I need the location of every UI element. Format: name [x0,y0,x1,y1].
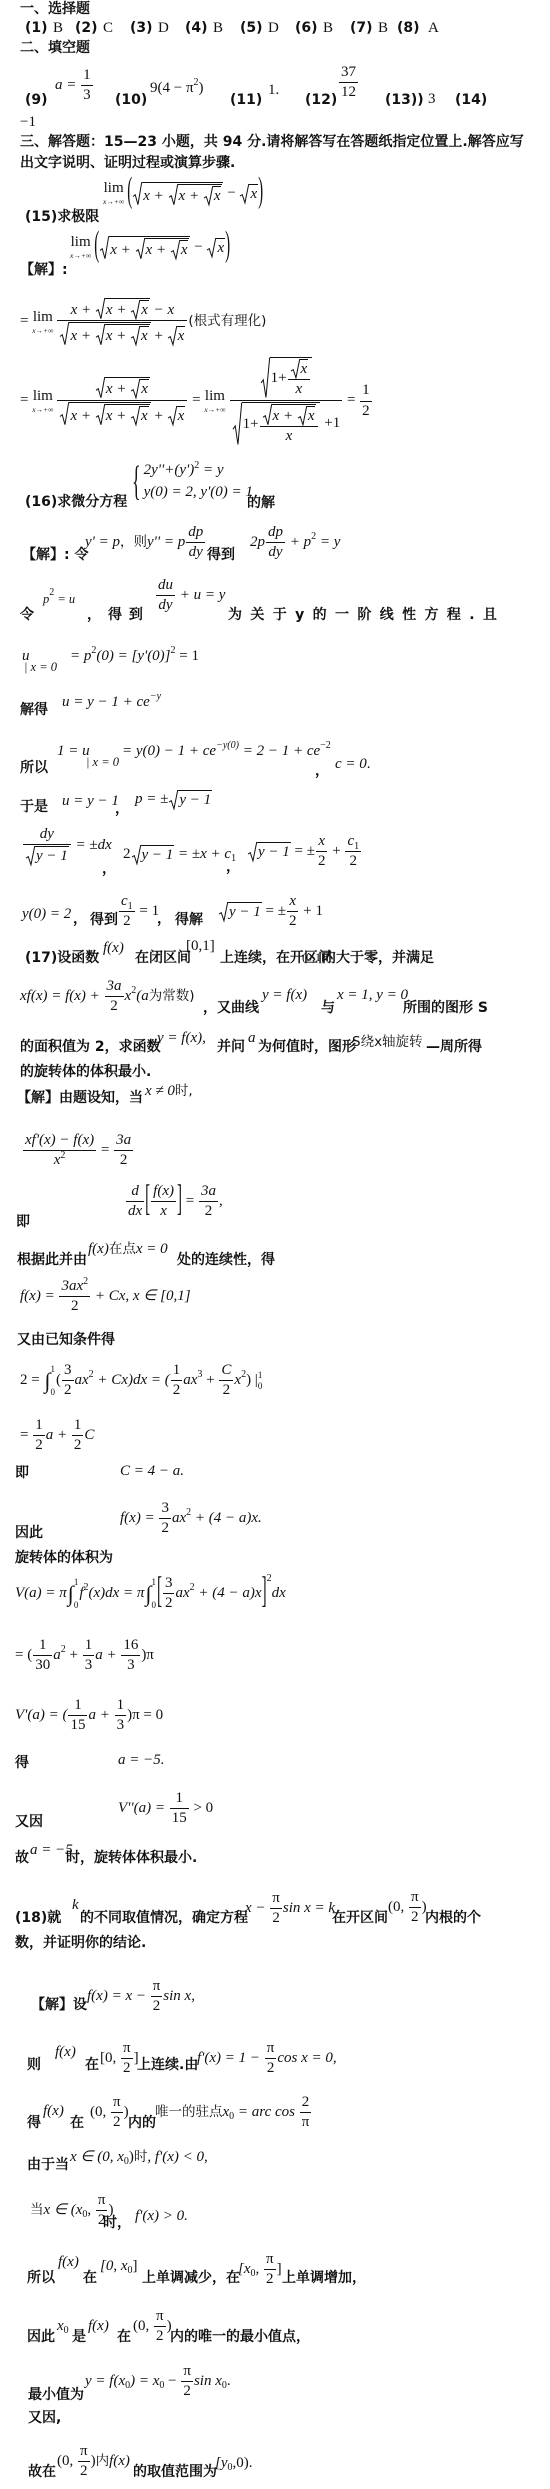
math-term: 2 [183,2383,191,2400]
numerator: x + x [260,404,319,427]
math-term: xf'(x) − f(x) [25,1132,94,1149]
integral: ∫10 [44,1365,55,1397]
math-display: ddx[f(x)x] = 3a2, [125,1183,223,1221]
math-term: 1+ [271,370,287,387]
text-segment: ， [115,800,129,818]
question-16-label: (16)求微分方程 [25,493,127,511]
text-segment: S绕x轴旋转 [352,1030,423,1050]
text-segment: 旋转体的体积为 [15,1549,113,1567]
sqrt: x [168,406,186,425]
text-segment: 唯一的驻点 [155,2105,223,2121]
math-term: π [153,1978,161,1995]
math-term: + 1 [299,903,322,920]
fraction: π2 [111,2094,123,2132]
text-segment: 的面积值为 2，求函数 [20,1038,161,1056]
math-term: f(x) = [120,1510,158,1527]
math-term: C = 4 − a. [120,1463,184,1480]
math-term: 3a [107,978,122,995]
radical-sign-icon [240,184,249,203]
text-segment: 时，旋转体体积最小. [66,1849,197,1867]
sqrt: x [291,359,309,378]
fraction: 13 [81,67,93,105]
math-term: 2 [350,853,358,870]
fraction: ddx [126,1183,144,1221]
math-inline: f'(x) > 0. [135,2208,188,2225]
radicand: x [140,300,149,319]
text-segment: ，又曲线 [203,999,259,1017]
math-term: 2 [223,1382,231,1399]
math-term: y = f(x) [262,987,307,1004]
numerator: x [288,359,311,380]
math-term: 37 [341,64,356,81]
radical-sign-icon [132,845,141,864]
radicand: y − 1 [35,846,69,865]
math-term: π [411,1889,419,1906]
answer-number: (4) [185,19,208,37]
math-term: = [20,313,32,330]
limit-subscript: x→+∞ [32,406,53,414]
math-term: x [318,833,325,850]
math-term: π [272,1890,280,1907]
limit-subscript: x→+∞ [70,252,91,260]
radicand: x [213,186,222,205]
math-inline: [x0, π2] [238,2251,282,2289]
system-lines: 2y''+(y')2 = y y(0) = 2, y'(0) = 1 [144,460,253,504]
math-term: 1 [85,1637,93,1654]
radicand: y − 1 [178,790,212,809]
radicand: 1+xx [270,357,313,399]
blank-answer-13: 3 [428,91,436,108]
text-segment: 由于当 [27,2156,69,2174]
math-term: 2 [266,2271,274,2288]
math-term: x [125,988,132,1005]
math-term: x + [146,242,170,259]
math-term: ax [75,1372,89,1389]
math-term: + [202,1372,218,1389]
math-term: − [164,2373,180,2390]
sqrt: y − 1 [132,845,175,864]
math-term: 1 [74,1697,82,1714]
math-term: y − 1 [229,904,261,921]
condition-subscript: | x = 0 [86,755,119,769]
q16-substitution: y' = p，则y'' = pdpdy [85,524,206,562]
radicand: y − 1 [257,842,291,861]
radical-sign-icon [168,326,177,345]
math-term: − x [150,302,174,319]
math-term: )π [141,1647,154,1664]
math-term: 2 [302,2094,310,2111]
numerator: dy [23,826,71,845]
q15-solution-limit: limx→+∞ ( x + x + x − x ) [70,235,230,260]
math-term: (0, [90,2104,110,2121]
math-term: 2 [165,1595,173,1612]
math-term: a = −5. [118,1752,165,1769]
math-term: [y [215,2455,228,2472]
text-segment: 上单调增加， [282,2269,366,2287]
math-term: y − 1 [258,844,290,861]
math-term: 3 [83,87,91,104]
math-term: x + [143,188,167,205]
fraction: 12 [72,1417,84,1455]
math-term: x [160,1203,167,1220]
text-segment: 故在 [28,2463,56,2481]
math-term: x + [273,408,297,425]
text-segment: 则 [27,2056,41,2074]
text-segment: 是 [72,2328,86,2346]
text-segment: 又因, [28,2409,61,2427]
radical-sign-icon [60,402,69,425]
math-term: 1 [39,1637,47,1654]
text-segment: 内的 [128,2114,156,2132]
numerator: x [316,833,328,852]
radicand: x + x [105,324,150,345]
math-term: x [141,381,148,398]
text-segment: 所围的图形 S [403,999,488,1017]
math-term: x ≠ 0 [145,1083,175,1100]
math-term: , [219,1193,223,1210]
text-segment: 并问 [217,1038,245,1056]
numerator: 37 [339,64,358,83]
text-segment: 因此 [27,2328,55,2346]
math-term: y − 1 [142,847,174,864]
radical-sign-icon [96,404,105,425]
q16-equation-system: { 2y''+(y')2 = y y(0) = 2, y'(0) = 1 [132,460,253,504]
radicand: y − 1 [228,902,262,921]
lower-limit: 0 [258,1382,263,1391]
subscript: 0 [128,2265,133,2277]
radicand: x [177,326,186,345]
numerator: 1 [81,67,93,86]
radical-sign-icon [171,240,180,259]
denominator: 15 [170,1809,189,1827]
numerator: 1 [72,1417,84,1436]
denominator: 2 [219,1381,233,1399]
radicand: x + x [272,404,317,425]
math-term: 1 [362,382,370,399]
math-term: 1 = u [57,743,90,760]
math-term: + [151,408,167,425]
text-segment: 内的唯一的最小值点， [170,2328,310,2346]
math-term: = ±x + c [174,846,231,863]
right-paren: ) [225,227,230,268]
q15-step-2: = limx→+∞ x + x x + x + x + x = limx→+∞ … [20,357,373,445]
denominator: x2 [23,1151,96,1169]
sqrt: x + x [96,324,150,345]
math-term: = [188,392,204,409]
math-term: | x = 0 [86,755,119,769]
text-segment: 与 [321,999,335,1017]
left-paren: ( [94,227,99,268]
radical-sign-icon [131,300,140,319]
math-term: 1 [173,1362,181,1379]
text-segment: ， [226,858,240,876]
math-term: 3 [117,1717,125,1734]
text-segment: 根据此并由 [17,1251,87,1269]
math-term: 1 [35,1417,43,1434]
math-term: f(x) [43,2103,64,2120]
radicand: x [300,359,309,378]
denominator: x [151,1202,176,1220]
denominator: dy [186,543,205,561]
math-term: + (4 − a)x. [191,1510,262,1527]
sqrt: x [204,186,222,205]
denominator: 3 [81,86,93,104]
math-term: 2 [120,1152,128,1169]
math-term: x + [106,328,130,345]
q15-step-1: = limx→+∞ x + x + x − x x + x + x + x (根… [20,298,266,346]
numerator: π [78,2443,90,2462]
radical-sign-icon [131,379,140,398]
question-15-label: (15)求极限 [25,208,99,226]
superscript: 2 [83,1276,88,1288]
math-term: dx [128,1203,142,1220]
math-term: f(x) [109,2453,130,2470]
sqrt: x + x [96,377,150,398]
math-term: lim [205,389,225,404]
fraction: x + x + x − x x + x + x + x [57,298,187,346]
math-inline: f'(x) = 1 − π2cos x = 0, [197,2040,337,2078]
math-term: = ( [15,1647,32,1664]
left-bracket: [ [157,1572,162,1615]
math-term: + [328,843,344,860]
text-segment: 的不同取值情况，确定方程 [80,1909,248,1927]
numerator: du [156,577,175,596]
fraction: 3ax22 [59,1278,90,1316]
radical-sign-icon [169,790,178,809]
math-term: . [367,756,371,773]
math-term: f(x) [88,1241,109,1258]
math-term: c [347,833,354,850]
fraction: dpdy [266,524,285,562]
math-inline: 唯一的驻点x0 = arc cos 2π [155,2094,312,2132]
math-term: π [156,2308,164,2325]
text-segment: 为常数) [149,989,195,1005]
math-term: 3 [64,1362,72,1379]
math-inline: [y0,0). [215,2455,253,2472]
section-instructions: 出文字说明、证明过程或演算步骤. [20,154,235,172]
math-term: lim [104,181,124,196]
math-term: x [301,361,308,378]
fraction: π2 [181,2363,193,2401]
math-term: ) | [246,1372,258,1389]
denominator: x [260,427,319,445]
sqrt: y − 1 [248,842,291,861]
subscript: 0 [251,2268,256,2280]
sqrt: x [131,379,149,398]
denominator: x + x + x + x [57,321,187,345]
math-term: = p [70,648,91,665]
subscript: 0 [125,2380,130,2392]
blank-answer-11: 1. [268,82,279,99]
sqrt: x [171,240,189,259]
math-inline: x = 1, y = 0 [337,987,408,1004]
math-term: (a [136,988,149,1005]
denominator: 3 [83,1656,95,1674]
math-term: , f'(x) < 0, [147,2149,207,2166]
math-term: x + [70,328,94,345]
math-term: V'(a) = ( [15,1707,67,1724]
answer-letter: A [428,19,439,37]
math-term: x [178,328,185,345]
radicand: x [177,406,186,425]
math-term: x [57,2318,64,2335]
q16-linear-equation: dudy + u = y [155,577,225,615]
denominator: dx [126,1202,144,1220]
answer-letter: B [213,19,223,37]
math-term: = [182,1193,198,1210]
denominator: 2 [105,997,124,1015]
math-term: (0, [57,2453,77,2470]
denominator: 3 [115,1716,127,1734]
denominator: 2 [287,912,299,930]
fraction: π2 [409,1889,421,1927]
math-term: c = 0 [335,756,367,773]
subscript: 0 [228,2462,233,2474]
denominator: 3 [121,1656,140,1674]
math-inline: = y(0) − 1 + ce−y(0) = 2 − 1 + ce−2 [122,743,331,760]
numerator: π [151,1978,163,1997]
text-segment: 解得 [20,701,48,719]
integral-limits: 10 [74,1578,79,1610]
math-term: = [20,392,32,409]
fraction: dudy [156,577,175,615]
math-term: 3 [85,1657,93,1674]
math-display: f(x) = 32ax2 + (4 − a)x. [120,1500,262,1538]
math-term: 30 [35,1657,50,1674]
text-segment: 处的连续性，得 [177,1251,275,1269]
fraction: x2 [316,833,328,871]
radical-sign-icon [248,842,257,861]
math-term: [0,1] [186,938,215,955]
math-inline: f(x) [55,2044,76,2061]
radicand: x [180,240,189,259]
math-term: [x [238,2261,251,2278]
denominator: 1+x + xx +1 [230,401,343,446]
math-term: p = ± [135,791,168,808]
math-term: lim [33,310,53,325]
math-term: dy [40,826,54,843]
math-inline: y = f(x), [157,1030,206,1047]
superscript: 2 [186,1507,191,1519]
numerator: 1 [115,1697,127,1716]
math-inline: dyy − 1 = ±dx [22,826,112,866]
sqrt: x + x + x [60,322,150,345]
math-term: a + [95,1647,120,1664]
superscript: 2 [267,1573,272,1585]
math-term: π [302,2114,310,2131]
denominator: 2 [62,1381,74,1399]
math-term: f'(x) = 1 − [197,2050,264,2067]
answer-letter: B [323,19,333,37]
text-segment: 在开区间 [332,1909,388,1927]
blank-answer-10: 9(4 − π2) [150,80,204,97]
lower-limit: 0 [51,1388,56,1397]
math-term: π [267,2040,275,2057]
text-segment: 时， [103,2214,131,2232]
math-term: x [250,186,257,203]
left-brace: { [132,458,141,506]
text-segment: ， [102,860,116,878]
fraction: 12 [360,382,372,420]
lower-limit: 0 [74,1601,79,1610]
numerator: x + x [57,377,187,400]
denominator: 12 [339,83,358,101]
fraction: 13 [115,1697,127,1735]
text-segment: 因此 [15,1524,43,1542]
radical-sign-icon [168,406,177,425]
math-inline: y(0) = 2 [22,906,71,923]
denominator: 2 [199,1202,218,1220]
sqrt: y − 1 [169,790,212,809]
math-term: = 2 − 1 + ce [239,743,320,760]
answer-number: (2) [75,19,98,37]
fraction: 163 [121,1637,140,1675]
math-term: f(x) [58,2254,79,2271]
superscript: −2 [320,740,331,752]
text-segment: 所以 [20,759,48,777]
math-term: 2 [110,998,118,1015]
radicand: x [140,326,149,345]
text-segment: 得 [27,2114,41,2132]
superscript: −y(0) [216,740,239,752]
radicand: x [249,184,258,203]
math-term: x + [106,302,130,319]
text-segment: 在闭区间 [135,949,191,967]
answer-letter: B [53,19,63,37]
limit-operator: limx→+∞ [103,181,124,206]
text-segment: 在 [85,2056,99,2074]
text-segment: 的旋转体的体积最小. [20,1063,151,1081]
superscript: 2 [241,1369,246,1381]
text-segment: 为 关 于 y 的 一 阶 线 性 方 程 . 且 [228,606,497,624]
integral: ∫10 [145,1578,156,1610]
fraction: x + xx [260,404,319,446]
text-segment: 的取值范围为 [133,2463,217,2481]
math-term: | x = 0 [24,660,57,674]
math-term: dy [158,597,172,614]
math-display: = 12a + 12C [20,1417,94,1455]
math-display: f(x) = 3ax22 + Cx, x ∈ [0,1] [20,1278,191,1316]
math-term: ,0). [233,2455,253,2472]
math-term: − [190,239,206,256]
math-inline: y = f(x0) = x0 − π2sin x0. [85,2363,231,2401]
math-term: f(x) [55,2044,76,2061]
radical-sign-icon [219,902,228,921]
math-term: + (4 − a)x [195,1585,262,1602]
math-term: cos x = 0, [277,2050,336,2067]
sqrt: x [131,326,149,345]
sqrt: y − 1 [219,902,262,921]
math-term: C [221,1362,231,1379]
math-term: 3a [116,1132,131,1149]
text-segment: ， [157,910,171,928]
evaluation-limits: 10 [258,1371,263,1391]
math-term: V(a) = π [15,1585,67,1602]
math-term: > 0 [190,1800,213,1817]
question-18-label: (18)就 [15,1909,61,1927]
math-term: (x)dx = π [89,1585,145,1602]
solution-label: 【解】由题设知，当 [17,1089,143,1107]
subscript: 0 [82,2209,87,2221]
fraction: f(x)x [151,1183,176,1221]
fraction: 115 [170,1790,189,1828]
numerator: xf'(x) − f(x) [23,1132,96,1151]
fraction: 12 [171,1362,183,1400]
text-segment: 于是 [20,798,48,816]
denominator: 2 [316,852,328,870]
question-17-label: (17)设函数 [25,949,99,967]
math-inline: C = 4 − a. [120,1463,184,1480]
